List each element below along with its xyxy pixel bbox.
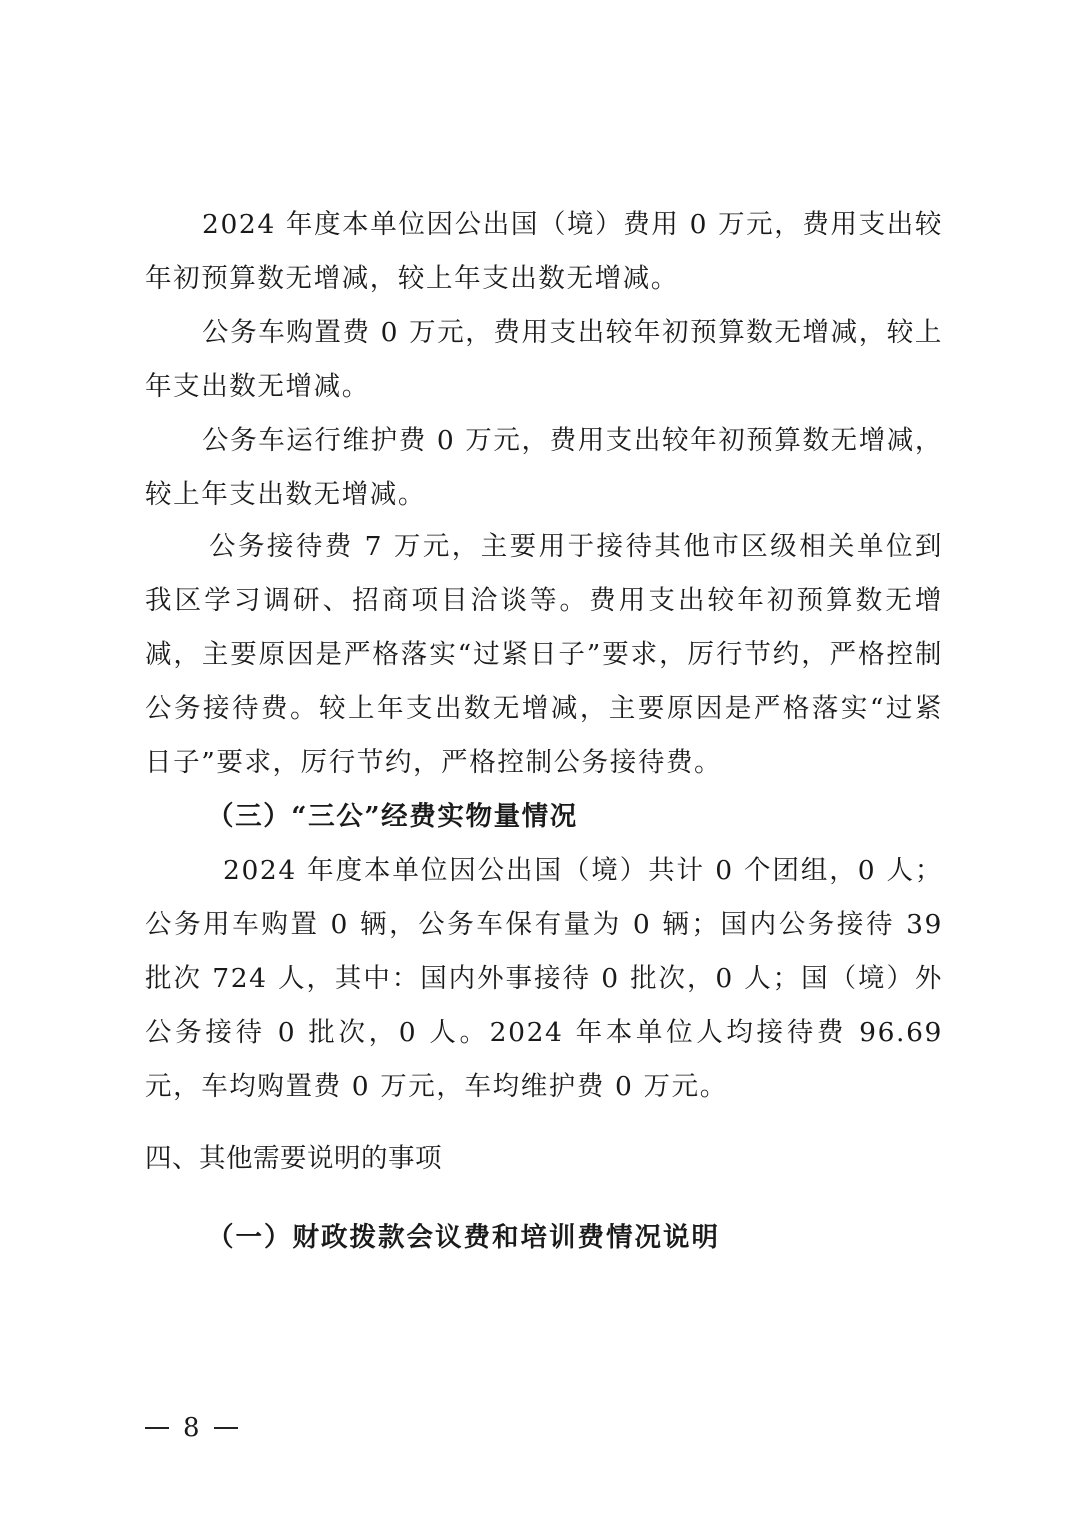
footer-dash-right [214, 1427, 238, 1429]
paragraph-vehicle-maintenance-cost: 公务车运行维护费 0 万元，费用支出较年初预算数无增减，较上年支出数无增减。 [145, 414, 943, 522]
paragraph-physical-quantity: 2024 年度本单位因公出国（境）共计 0 个团组，0 人；公务用车购置 0 辆… [145, 844, 943, 1114]
paragraph-vehicle-purchase-cost: 公务车购置费 0 万元，费用支出较年初预算数无增减，较上年支出数无增减。 [145, 306, 943, 414]
page-footer: 8 [145, 1410, 238, 1446]
paragraph-reception-cost: 公务接待费 7 万元，主要用于接待其他市区级相关单位到我区学习调研、招商项目洽谈… [145, 520, 943, 790]
paragraph-overseas-travel-cost: 2024 年度本单位因公出国（境）费用 0 万元，费用支出较年初预算数无增减，较… [145, 198, 943, 306]
subsection-title-physical-quantity: （三）“三公”经费实物量情况 [145, 790, 578, 844]
section-heading-other-matters: 四、其他需要说明的事项 [145, 1137, 442, 1181]
footer-dash-left [145, 1427, 169, 1429]
subsection-title-meeting-training-fees: （一）财政拨款会议费和培训费情况说明 [207, 1214, 720, 1262]
page-number: 8 [183, 1410, 200, 1446]
document-page: 2024 年度本单位因公出国（境）费用 0 万元，费用支出较年初预算数无增减，较… [0, 0, 1075, 1520]
